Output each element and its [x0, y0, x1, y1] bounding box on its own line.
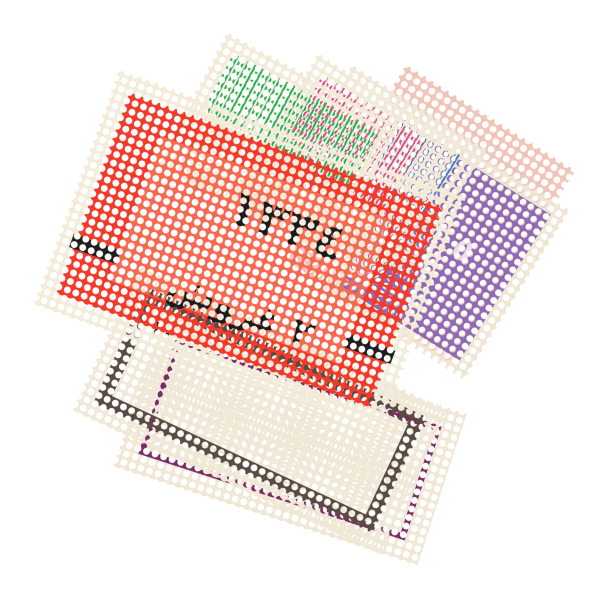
stamp-pile: ٥ ١٠ ١٣٣٤ ٢ غروش — [0, 0, 600, 600]
